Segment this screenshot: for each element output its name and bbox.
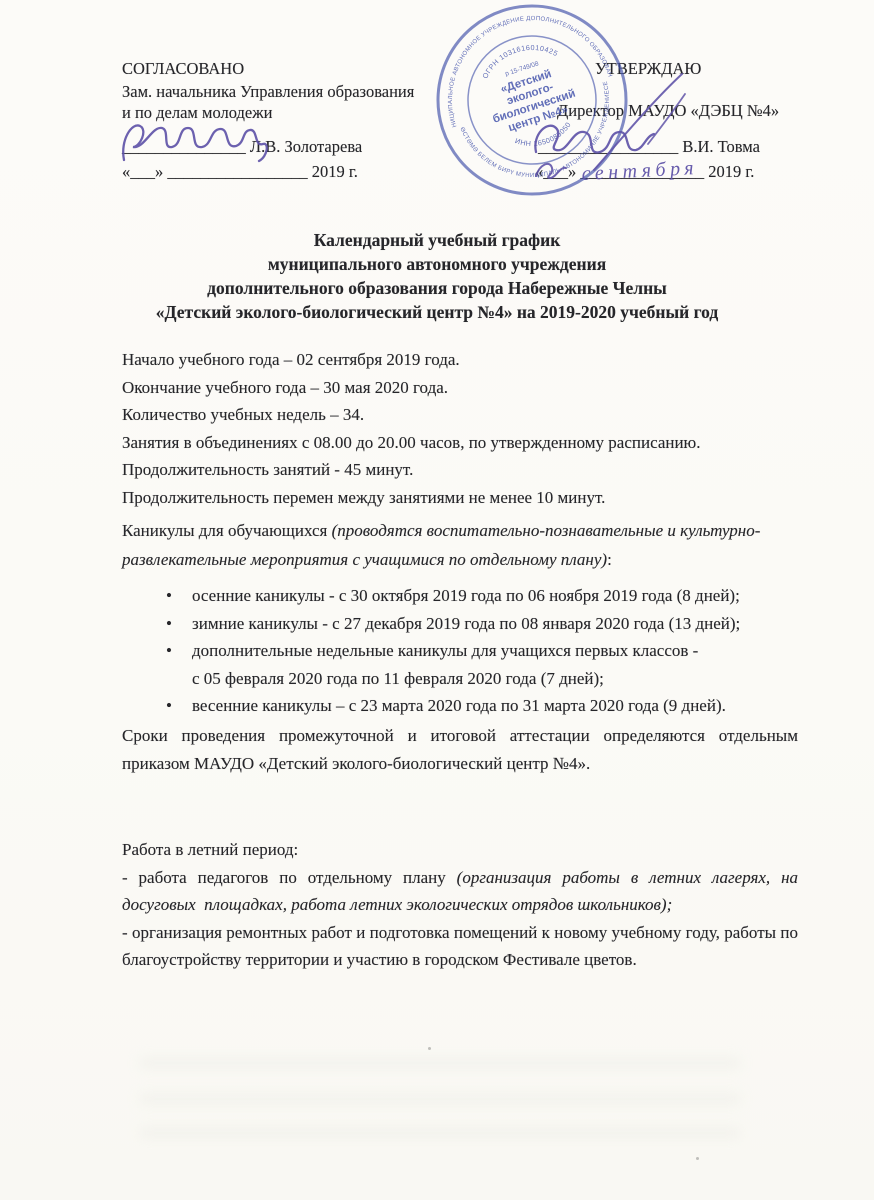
info-line-weeks: Количество учебных недель – 34.: [122, 401, 798, 429]
bullet-icon: •: [166, 582, 192, 610]
vacation-winter: зимние каникулы - с 27 декабря 2019 года…: [192, 610, 740, 638]
bullet-icon: •: [166, 692, 192, 720]
summer-normal-text: - работа педагогов по отдельному плану: [122, 868, 457, 887]
info-line-break-length: Продолжительность перемен между занятиям…: [122, 484, 798, 512]
info-line-class-hours: Занятия в объединениях с 08.00 до 20.00 …: [122, 429, 798, 457]
vacation-extra-line1: дополнительные недельные каникулы для уч…: [192, 637, 698, 665]
summer-item2-line2: благоустройству территории и участию в г…: [122, 946, 798, 974]
summer-italic-text: (организация работы в летних лагерях, на: [457, 868, 798, 887]
scan-bleedthrough: [140, 1058, 740, 1068]
vacations-lead: Каникулы для обучающихся (проводятся вос…: [122, 516, 798, 574]
list-item: • зимние каникулы - с 27 декабря 2019 го…: [122, 610, 798, 638]
lead-italic-text2: развлекательные мероприятия с учащимися …: [122, 550, 607, 569]
scan-bleedthrough: [140, 1128, 740, 1138]
vacations-lead-line2: развлекательные мероприятия с учащимися …: [122, 545, 798, 574]
info-line-end-date: Окончание учебного года – 30 мая 2020 го…: [122, 374, 798, 402]
title-line-2: муниципального автономного учреждения: [0, 252, 874, 276]
list-item: • осенние каникулы - с 30 октября 2019 г…: [122, 582, 798, 610]
summer-item1-line2: досуговых площадках, работа летних эколо…: [122, 891, 798, 919]
lead-italic-text: (проводятся воспитательно-познавательные…: [332, 521, 761, 540]
vacation-extra-line2: с 05 февраля 2020 года по 11 февраля 202…: [192, 665, 698, 693]
summer-item2-line1: - организация ремонтных работ и подготов…: [122, 919, 798, 947]
info-line-start-date: Начало учебного года – 02 сентября 2019 …: [122, 346, 798, 374]
list-item: • весенние каникулы – с 23 марта 2020 го…: [122, 692, 798, 720]
vacations-list: • осенние каникулы - с 30 октября 2019 г…: [122, 582, 798, 720]
title-line-1: Календарный учебный график: [0, 228, 874, 252]
vacation-autumn: осенние каникулы - с 30 октября 2019 год…: [192, 582, 740, 610]
document-title: Календарный учебный график муниципальног…: [0, 228, 874, 324]
summer-item1-line1: - работа педагогов по отдельному плану (…: [122, 864, 798, 892]
title-line-3: дополнительного образования города Набер…: [0, 276, 874, 300]
summer-section: Работа в летний период: - работа педагог…: [122, 836, 798, 974]
handwritten-month-text: сентября: [581, 157, 698, 185]
bullet-icon: •: [166, 610, 192, 638]
attestation-line2: приказом МАУДО «Детский эколого-биологич…: [122, 750, 798, 778]
vacations-section: Каникулы для обучающихся (проводятся вос…: [122, 516, 798, 720]
bullet-icon: •: [166, 637, 192, 692]
title-line-4: «Детский эколого-биологический центр №4»…: [0, 300, 874, 324]
agreed-role-line1: Зам. начальника Управления образования: [122, 81, 414, 102]
attestation-line1: Сроки проведения промежуточной и итогово…: [122, 722, 798, 750]
lead-tail: :: [607, 550, 612, 569]
school-year-info: Начало учебного года – 02 сентября 2019 …: [122, 346, 798, 512]
summer-heading: Работа в летний период:: [122, 836, 798, 864]
vacation-spring: весенние каникулы – с 23 марта 2020 года…: [192, 692, 726, 720]
agreed-heading: СОГЛАСОВАНО: [122, 58, 244, 79]
scanned-document-page: СОГЛАСОВАНО Зам. начальника Управления о…: [0, 0, 874, 1200]
scan-speck: [428, 1047, 431, 1050]
signature-zolotareva-ink: [116, 116, 286, 178]
vacations-lead-line1: Каникулы для обучающихся (проводятся вос…: [122, 516, 798, 545]
scan-bleedthrough: [140, 1094, 740, 1104]
lead-normal-text: Каникулы для обучающихся: [122, 521, 332, 540]
signature-tovma-ink: сентября: [522, 70, 802, 195]
scan-speck: [696, 1157, 699, 1160]
list-item: • дополнительные недельные каникулы для …: [122, 637, 798, 692]
info-line-lesson-length: Продолжительность занятий - 45 минут.: [122, 456, 798, 484]
attestation-paragraph: Сроки проведения промежуточной и итогово…: [122, 722, 798, 778]
